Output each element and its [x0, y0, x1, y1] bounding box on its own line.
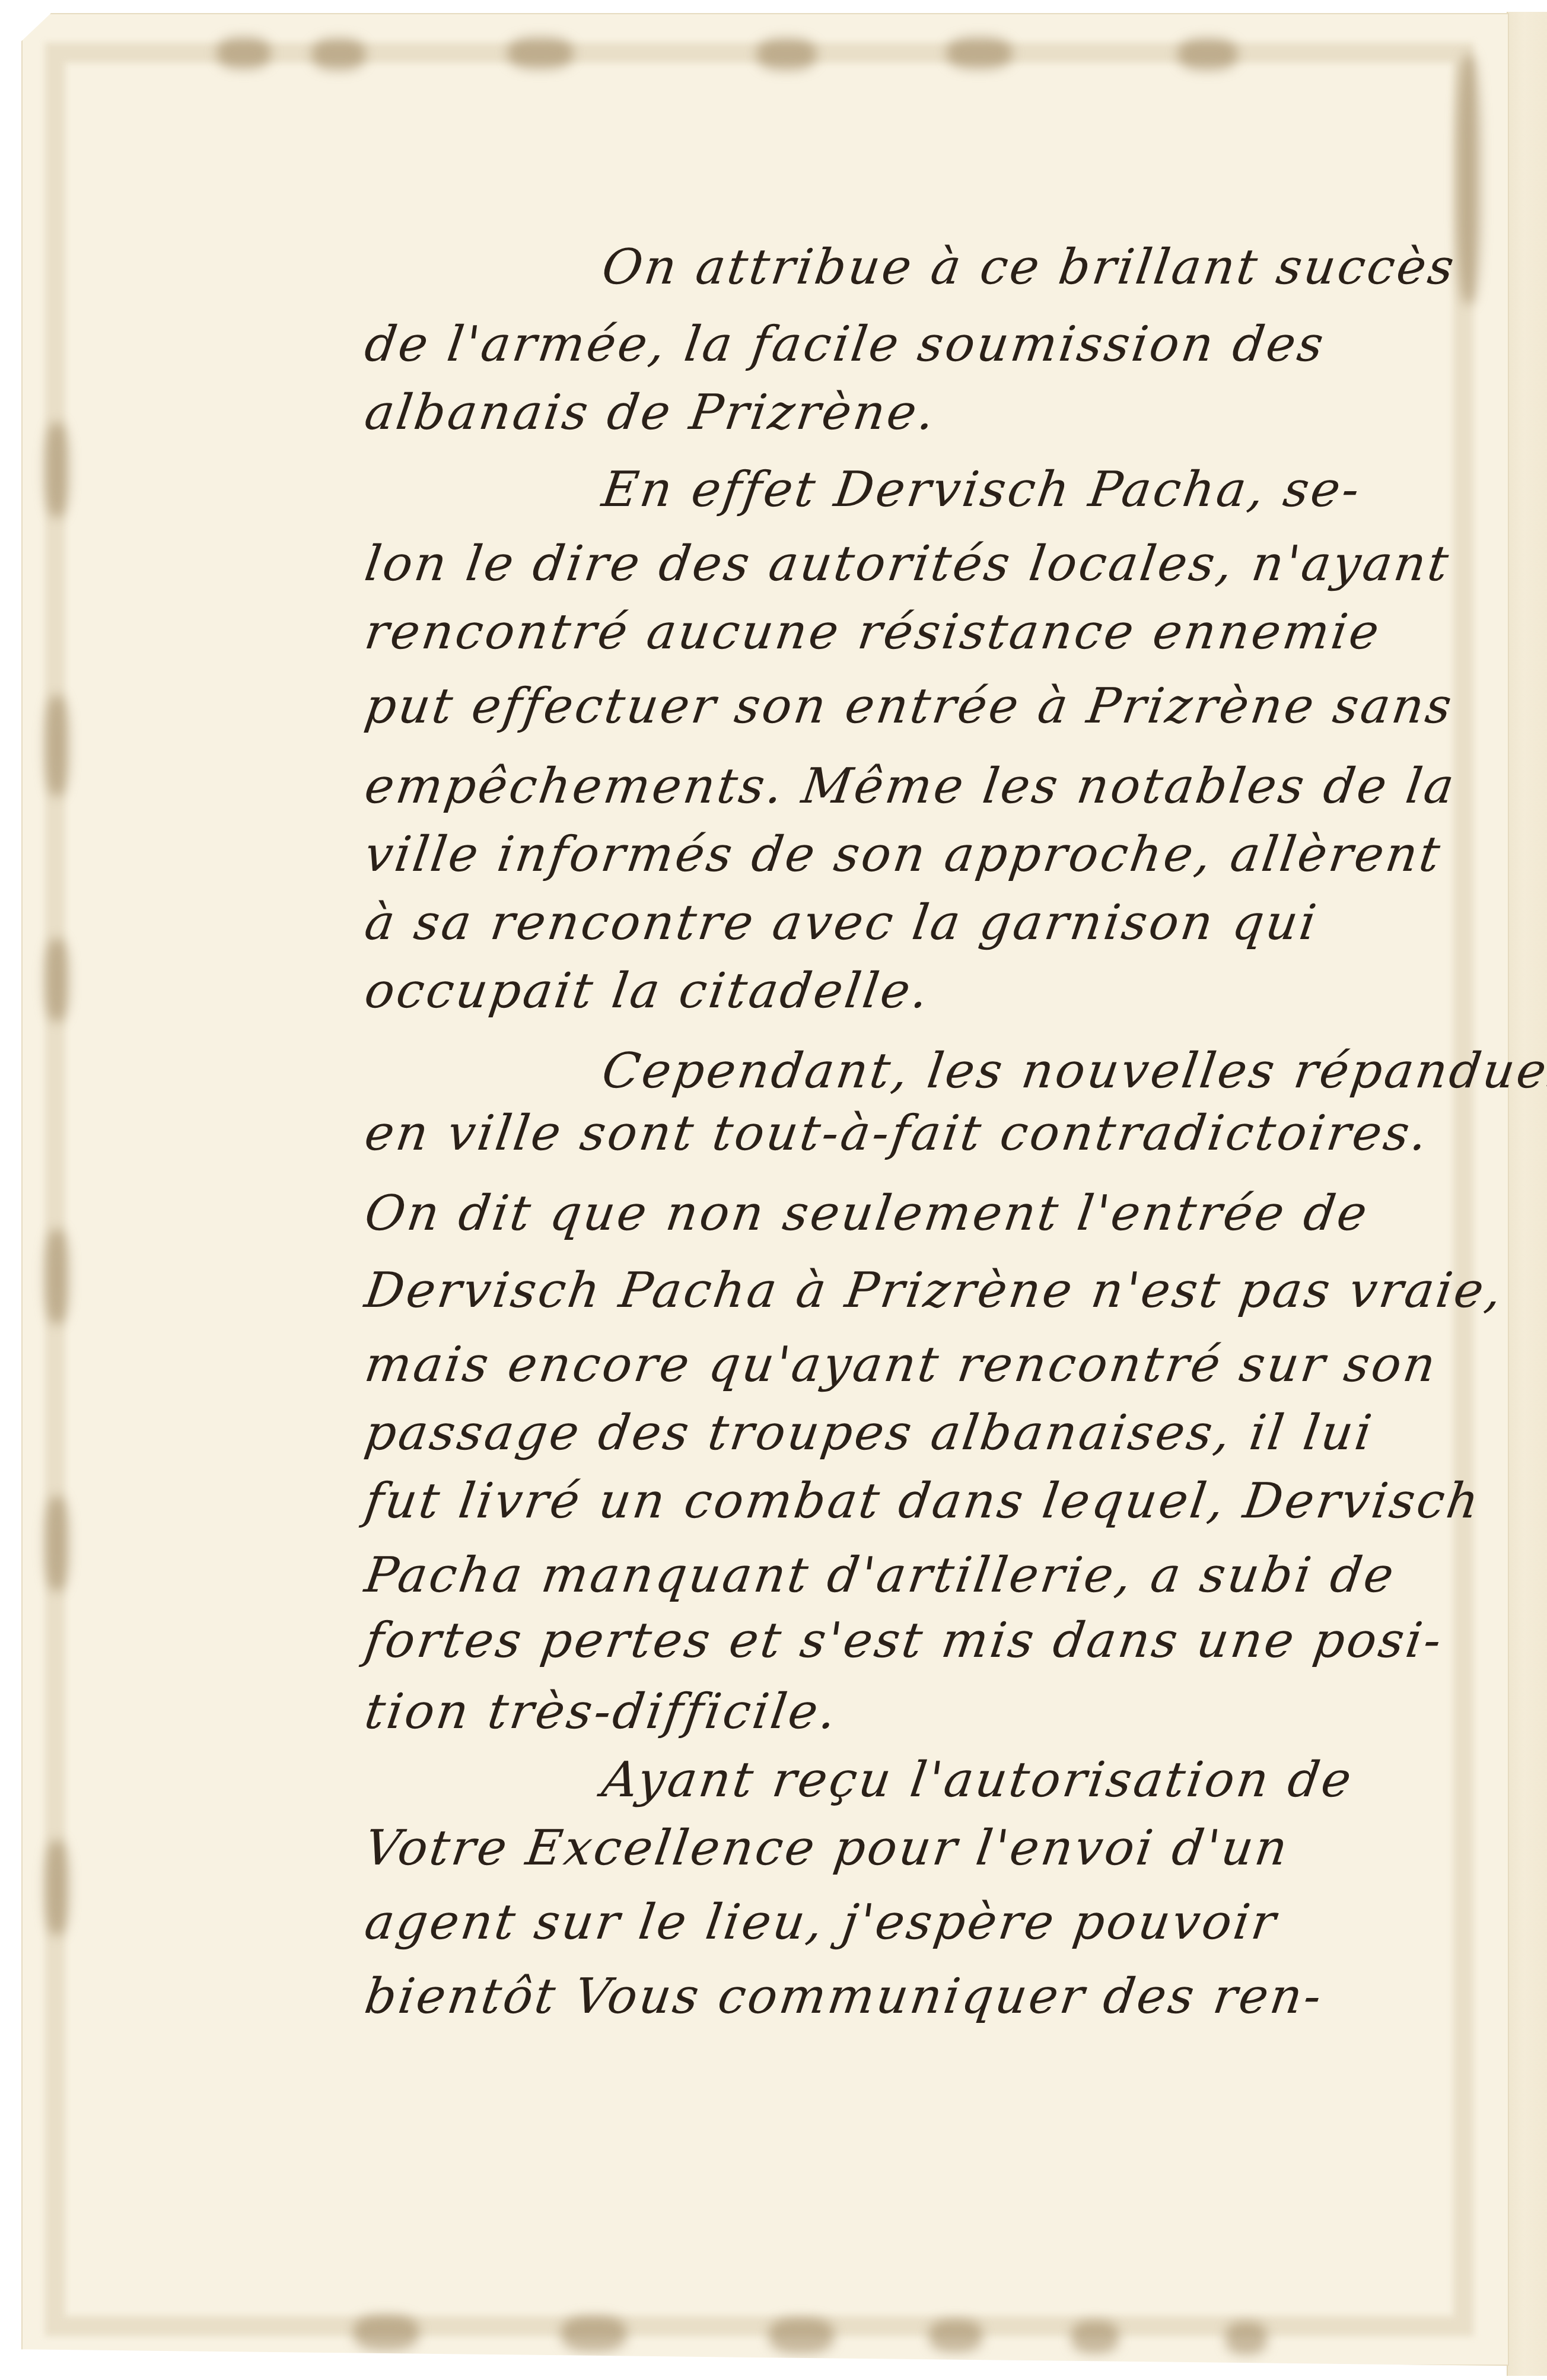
text-line: Votre Excellence pour l'envoi d'un — [362, 1824, 1293, 1873]
stain-blot — [1178, 38, 1237, 71]
text-line: mais encore qu'ayant rencontré sur son — [362, 1341, 1441, 1389]
text-line: Ayant reçu l'autorisation de — [599, 1756, 1357, 1805]
text-line: On dit que non seulement l'entrée de — [362, 1189, 1372, 1238]
text-line: Pacha manquant d'artillerie, a subi de — [362, 1551, 1399, 1600]
text-line: put effectuer son entrée à Prizrène sans — [362, 682, 1457, 731]
text-line: tion très-difficile. — [362, 1688, 841, 1736]
text-line: ville informés de son approche, allèrent — [362, 831, 1445, 879]
stain-blot — [45, 1496, 69, 1591]
stain-blot — [45, 1840, 69, 1935]
text-line: fut livré un combat dans lequel, Dervisc… — [362, 1477, 1484, 1526]
stain-blot — [947, 37, 1012, 69]
text-line: agent sur le lieu, j'espère pouvoir — [362, 1898, 1281, 1947]
text-line: Dervisch Pacha à Prizrène n'est pas vrai… — [362, 1267, 1507, 1315]
text-line: Cependant, les nouvelles répandues — [599, 1047, 1547, 1096]
stain-blot — [354, 2315, 419, 2350]
text-line: On attribue à ce brillant succès — [599, 243, 1459, 292]
stain-blot — [1457, 55, 1481, 304]
text-line: empêchements. Même les notables de la — [362, 762, 1459, 811]
text-line: bientôt Vous communiquer des ren- — [362, 1972, 1326, 2021]
text-line: En effet Dervisch Pacha, se- — [599, 466, 1364, 514]
text-line: albanais de Prizrène. — [362, 389, 940, 437]
text-line: rencontré aucune résistance ennemie — [362, 608, 1384, 657]
text-line: lon le dire des autorités locales, n'aya… — [362, 540, 1453, 588]
stain-blot — [1071, 2321, 1119, 2353]
stain-blot — [757, 38, 816, 71]
stain-blot — [508, 37, 573, 69]
text-line: de l'armée, la facile soumission des — [362, 320, 1329, 369]
stain-blot — [45, 422, 69, 517]
stain-blot — [312, 38, 365, 71]
stain-blot — [45, 695, 69, 796]
stain-blot — [1225, 2322, 1267, 2354]
text-line: à sa rencontre avec la garnison qui — [362, 899, 1321, 947]
text-line: en ville sont tout-à-fait contradictoire… — [362, 1109, 1433, 1158]
stain-blot — [561, 2316, 626, 2352]
text-line: passage des troupes albanaises, il lui — [362, 1409, 1377, 1458]
back-sheet-edge — [1507, 12, 1547, 2376]
stain-blot — [45, 1229, 69, 1324]
text-line: fortes pertes et s'est mis dans une posi… — [362, 1617, 1446, 1665]
text-line: occupait la citadelle. — [362, 967, 933, 1016]
stain-blot — [217, 37, 270, 69]
stain-blot — [769, 2318, 834, 2353]
stain-blot — [929, 2319, 982, 2352]
stain-blot — [45, 938, 69, 1022]
